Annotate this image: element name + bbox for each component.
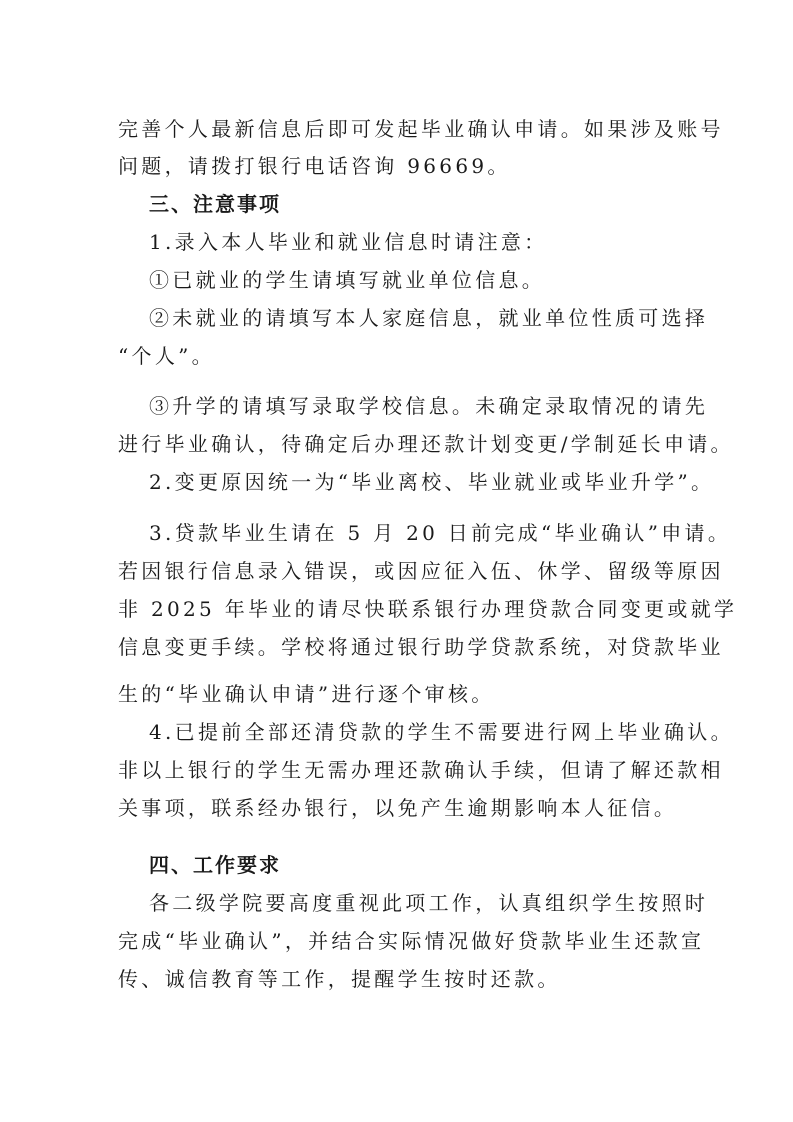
body-line: 进行毕业确认，待确定后办理还款计划变更/学制延长申请。	[118, 431, 738, 457]
sub-item: ②未就业的请填写本人家庭信息，就业单位性质可选择	[149, 305, 769, 331]
list-item: 1.录入本人毕业和就业信息时请注意：	[149, 229, 769, 255]
section-heading: 四、工作要求	[149, 852, 769, 878]
body-line: 问题，请拨打银行电话咨询 96669。	[118, 153, 738, 179]
body-line: 信息变更手续。学校将通过银行助学贷款系统，对贷款毕业	[118, 634, 738, 660]
body-line: 非以上银行的学生无需办理还款确认手续，但请了解还款相	[118, 757, 738, 783]
document-page: 完善个人最新信息后即可发起毕业确认申请。如果涉及账号 问题，请拨打银行电话咨询 …	[0, 0, 793, 1122]
body-line: 关事项，联系经办银行，以免产生逾期影响本人征信。	[118, 795, 738, 821]
body-line: 传、诚信教育等工作，提醒学生按时还款。	[118, 966, 738, 992]
paragraph-start: 各二级学院要高度重视此项工作，认真组织学生按照时	[149, 890, 769, 916]
body-line: 若因银行信息录入错误，或因应征入伍、休学、留级等原因	[118, 558, 738, 584]
body-line: 生的“毕业确认申请”进行逐个审核。	[118, 681, 738, 707]
list-item: 2.变更原因统一为“毕业离校、毕业就业或毕业升学”。	[149, 469, 769, 495]
body-line: 非 2025 年毕业的请尽快联系银行办理贷款合同变更或就学	[118, 596, 738, 622]
sub-item: ③升学的请填写录取学校信息。未确定录取情况的请先	[149, 393, 769, 419]
list-item: 4.已提前全部还清贷款的学生不需要进行网上毕业确认。	[149, 719, 769, 745]
list-item: 3.贷款毕业生请在 5 月 20 日前完成“毕业确认”申请。	[149, 520, 769, 546]
body-line: 完成“毕业确认”，并结合实际情况做好贷款毕业生还款宣	[118, 928, 738, 954]
section-heading: 三、注意事项	[149, 191, 769, 217]
sub-item: ①已就业的学生请填写就业单位信息。	[149, 267, 769, 293]
body-line: “个人”。	[118, 343, 738, 369]
body-line: 完善个人最新信息后即可发起毕业确认申请。如果涉及账号	[118, 116, 738, 142]
